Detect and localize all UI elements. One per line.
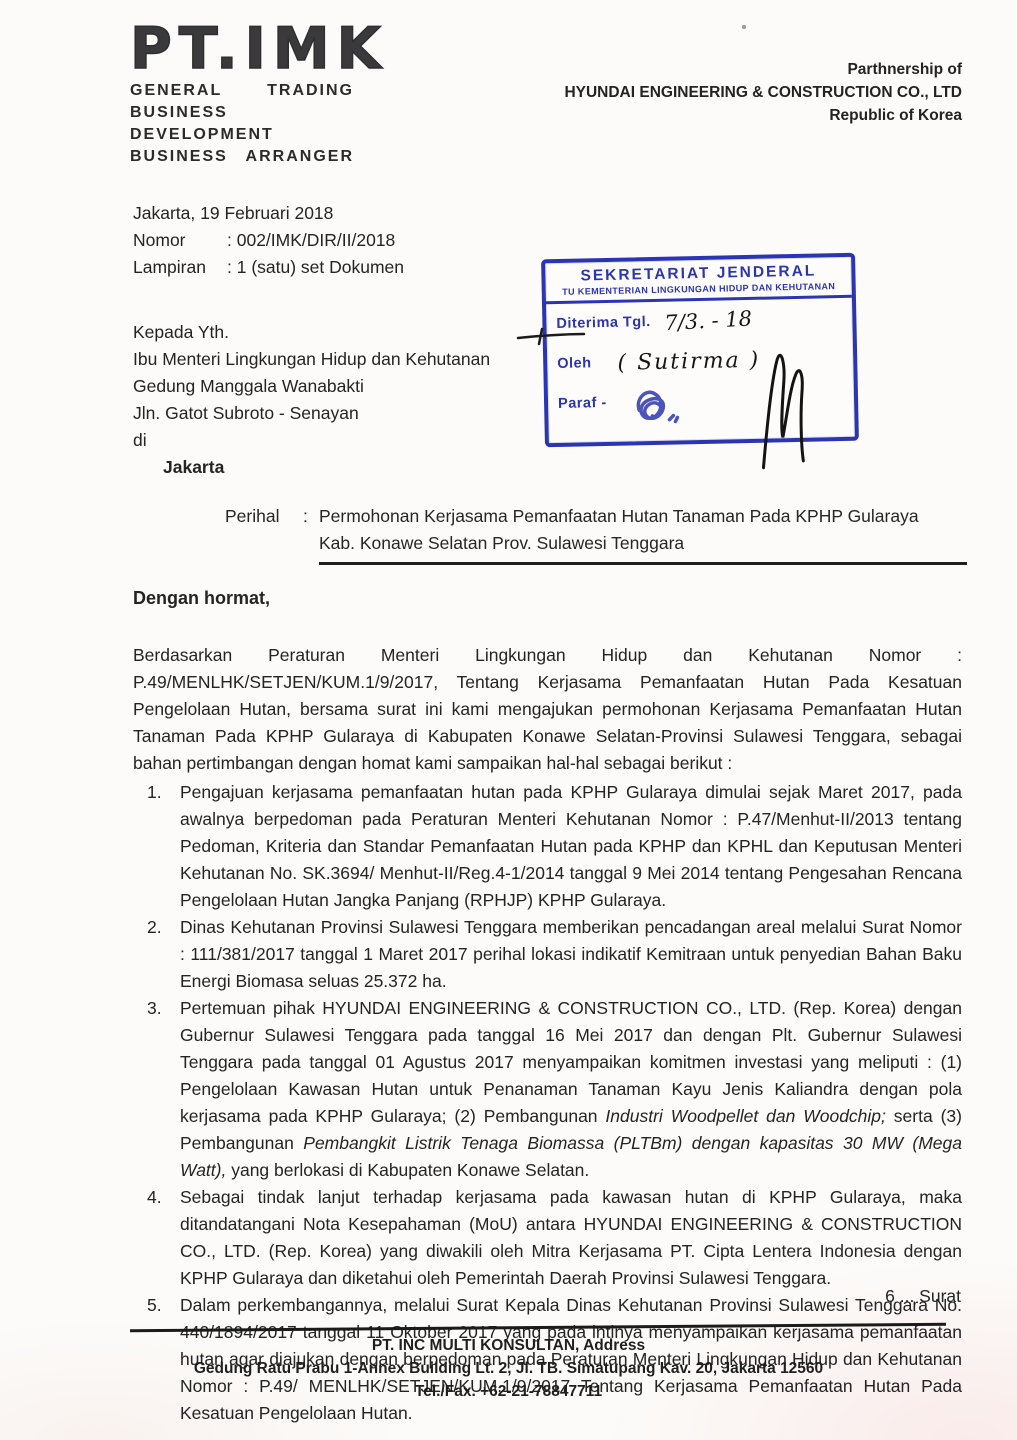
stamp-label-oleh: Oleh <box>557 351 592 372</box>
intro-paragraph: Berdasarkan Peraturan Menteri Lingkungan… <box>133 642 962 777</box>
list-item: 4.Sebagai tindak lanjut terhadap kerjasa… <box>147 1184 962 1292</box>
logo-tagline-3: BUSINESS ARRANGER <box>130 146 354 168</box>
partnership-line-2: HYUNDAI ENGINEERING & CONSTRUCTION CO., … <box>564 81 962 104</box>
subject-text: Permohonan Kerjasama Pemanfaatan Hutan T… <box>319 503 967 565</box>
list-item: 2.Dinas Kehutanan Provinsi Sulawesi Teng… <box>147 914 962 995</box>
logo-tagline-2: BUSINESS DEVELOPMENT <box>130 102 354 146</box>
recipient-city: Jakarta <box>163 454 962 481</box>
list-item-number: 1. <box>147 779 180 914</box>
nomor-line: Nomor: 002/IMK/DIR/II/2018 <box>133 227 962 254</box>
footer-company: PT. INC MULTI KONSULTAN, Address <box>0 1334 1017 1357</box>
page-continuation: 6 ... Surat <box>885 1286 961 1307</box>
footer-phone: Tel./Fax. +62-21-78847711 <box>0 1380 1017 1403</box>
subject-line-2: Kab. Konawe Selatan Prov. Sulawesi Tengg… <box>319 530 967 557</box>
letter-body: Dengan hormat, Berdasarkan Peraturan Men… <box>133 585 962 1427</box>
stamp-header: SEKRETARIAT JENDERAL TU KEMENTERIAN LING… <box>545 257 852 304</box>
handwritten-date: 7/3. - 18 <box>664 306 753 335</box>
list-item-text: Pengajuan kerjasama pemanfaatan hutan pa… <box>180 779 962 914</box>
list-item-text: Pertemuan pihak HYUNDAI ENGINEERING & CO… <box>180 995 962 1184</box>
company-logo: PT.IMK <box>130 18 388 80</box>
list-item-text: Dinas Kehutanan Provinsi Sulawesi Tengga… <box>180 914 962 995</box>
partnership-line-1: Parthnership of <box>564 58 962 81</box>
letterhead: PT.IMK GENERAL TRADING BUSINESS DEVELOPM… <box>0 0 1017 168</box>
list-item-number: 4. <box>147 1184 180 1292</box>
logo-tagline-1: GENERAL TRADING <box>130 80 354 102</box>
stamp-fields: Diterima Tgl. 7/3. - 18 Oleh ( Sutirma )… <box>546 298 855 432</box>
subject-colon: : <box>303 503 319 565</box>
subject-block: Perihal : Permohonan Kerjasama Pemanfaat… <box>225 503 962 565</box>
partnership-block: Parthnership of HYUNDAI ENGINEERING & CO… <box>564 58 962 168</box>
partnership-line-3: Republic of Korea <box>564 104 962 127</box>
handwritten-arrow <box>516 326 586 348</box>
list-item: 1.Pengajuan kerjasama pemanfaatan hutan … <box>147 779 962 914</box>
subject-line-1: Permohonan Kerjasama Pemanfaatan Hutan T… <box>319 503 967 530</box>
date-line: Jakarta, 19 Februari 2018 <box>133 200 962 227</box>
stamp-row-diterima: Diterima Tgl. 7/3. - 18 <box>556 306 843 352</box>
lampiran-label: Lampiran <box>133 254 227 281</box>
scanned-letter-page: PT.IMK GENERAL TRADING BUSINESS DEVELOPM… <box>0 0 1017 1440</box>
list-item-text: Sebagai tindak lanjut terhadap kerjasama… <box>180 1184 962 1292</box>
stamp-label-paraf: Paraf - <box>558 391 607 412</box>
paraf-scribble-icon <box>624 379 695 428</box>
received-stamp: SEKRETARIAT JENDERAL TU KEMENTERIAN LING… <box>541 253 859 448</box>
nomor-label: Nomor <box>133 227 227 254</box>
lampiran-value: : 1 (satu) set Dokumen <box>227 257 404 277</box>
salutation: Dengan hormat, <box>133 585 962 612</box>
scan-artifact-dot <box>742 25 746 29</box>
handwritten-name: ( Sutirma ) <box>617 348 760 376</box>
subject-underline <box>319 562 967 565</box>
list-item-number: 3. <box>147 995 180 1184</box>
footer-address: Gedung Ratu Prabu 1-Annex Building Lt. 2… <box>0 1357 1017 1380</box>
page-footer: PT. INC MULTI KONSULTAN, Address Gedung … <box>0 1334 1017 1403</box>
nomor-value: : 002/IMK/DIR/II/2018 <box>227 230 395 250</box>
list-item-number: 2. <box>147 914 180 995</box>
signature-mark-icon <box>755 348 828 474</box>
list-item: 3.Pertemuan pihak HYUNDAI ENGINEERING & … <box>147 995 962 1184</box>
company-logo-block: PT.IMK GENERAL TRADING BUSINESS DEVELOPM… <box>130 18 388 168</box>
subject-label: Perihal <box>225 503 303 565</box>
